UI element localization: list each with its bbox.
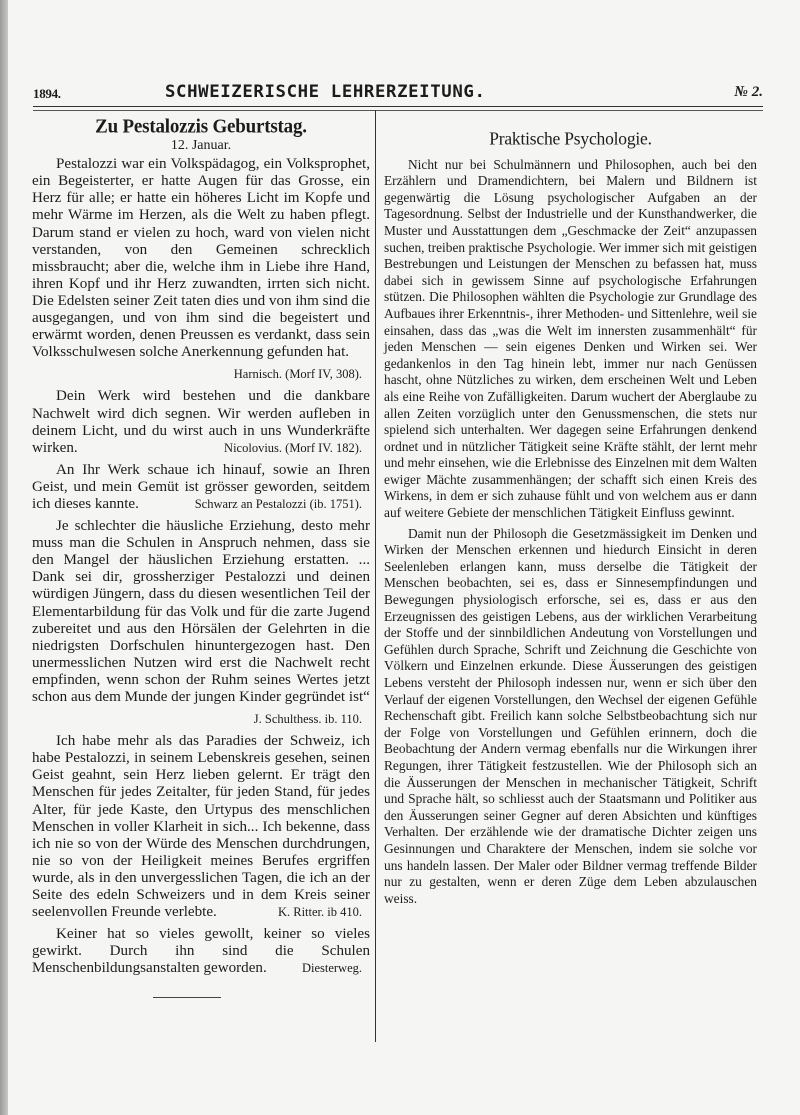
quote-block: An Ihr Werk schaue ich hinauf, sowie an … [32,462,370,518]
quote-block: Keiner hat so vieles gewollt, keiner so … [32,926,370,982]
header-double-rule [33,106,763,111]
quote-block: Ich habe mehr als das Paradies der Schwe… [32,733,370,926]
quote-text: Ich habe mehr als das Paradies der Schwe… [32,733,370,921]
quote-block: Je schlechter die häusliche Erziehung, d… [32,518,370,728]
quote-text: Keiner hat so vieles gewollt, keiner so … [32,926,370,977]
right-column: Praktische Psychologie. Nicht nur bei Sc… [384,130,757,911]
article-title-psychologie: Praktische Psychologie. [384,130,757,147]
quote-attribution: Diesterweg. [278,960,370,977]
article-date: 12. Januar. [32,137,370,154]
quote-text: An Ihr Werk schaue ich hinauf, sowie an … [32,462,370,513]
header-issue-number: № 2. [734,84,763,101]
article-paragraph: Nicht nur bei Schulmännern und Philosoph… [384,157,757,522]
quote-attribution: Harnisch. (Morf IV, 308). [32,366,370,383]
header-year: 1894. [33,86,61,102]
quote-block: Dein Werk wird bestehen und die dankbare… [32,388,370,461]
left-column: Zu Pestalozzis Geburtstag. 12. Januar. P… [32,118,370,998]
header-title: SCHWEIZERISCHE LEHRERZEITUNG. [165,82,486,102]
quote-block: Pestalozzi war ein Volkspädagog, ein Vol… [32,156,370,383]
article-paragraph: Damit nun der Philosoph die Gesetzmässig… [384,526,757,908]
page-binding-edge [0,0,8,1115]
quote-text: Dein Werk wird bestehen und die dankbare… [32,388,370,456]
article-end-rule [153,997,221,998]
quote-attribution: J. Schulthess. ib. 110. [32,711,370,728]
quote-text: Je schlechter die häusliche Erziehung, d… [32,518,370,706]
quote-text: Pestalozzi war ein Volkspädagog, ein Vol… [32,156,370,361]
quote-attribution: Nicolovius. (Morf IV. 182). [200,440,370,457]
page-header: 1894. SCHWEIZERISCHE LEHRERZEITUNG. № 2. [33,82,763,102]
quote-attribution: K. Ritter. ib 410. [254,904,370,921]
column-divider [375,110,376,1042]
article-title-pestalozzi: Zu Pestalozzis Geburtstag. [32,118,370,136]
quote-attribution: Schwarz an Pestalozzi (ib. 1751). [171,496,370,513]
